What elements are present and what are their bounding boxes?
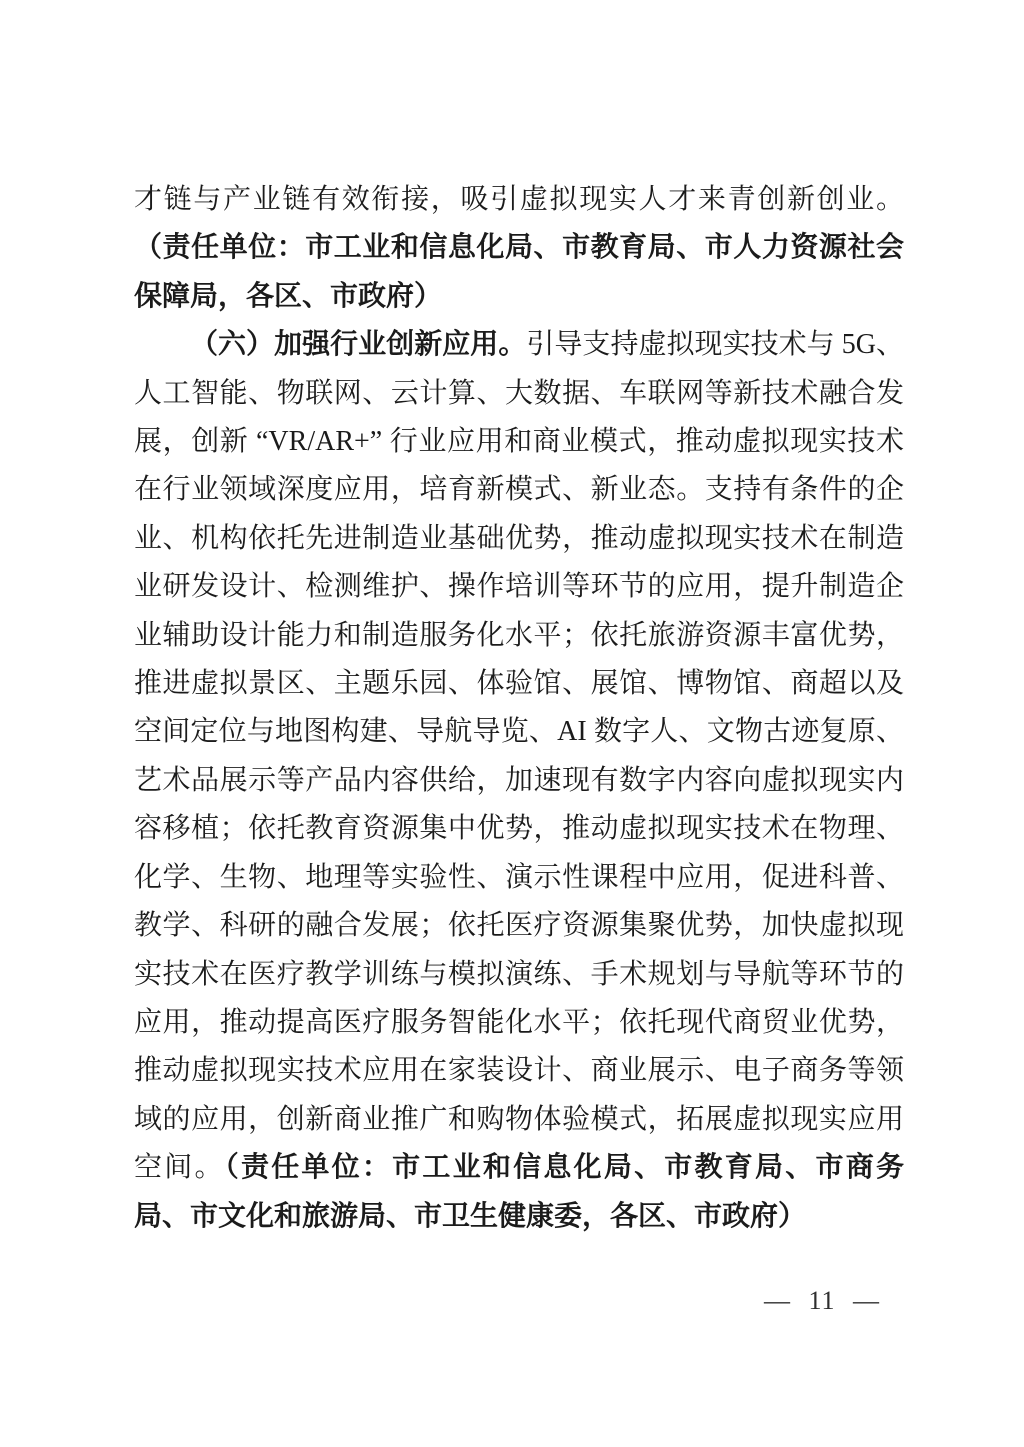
document-page: 才链与产业链有效衔接，吸引虚拟现实人才来青创新创业。（责任单位：市工业和信息化局…	[0, 0, 1024, 1447]
paragraph: （六）加强行业创新应用。引导支持虚拟现实技术与 5G、人工智能、物联网、云计算、…	[134, 321, 904, 1241]
text-segment-body: 才链与产业链有效衔接，吸引虚拟现实人才来青创新创业。	[134, 184, 904, 215]
text-segment-kai: （责任单位：市工业和信息化局、市教育局、市商务局、市文化和旅游局、市卫生健康委，…	[134, 1152, 904, 1231]
document-text: 才链与产业链有效衔接，吸引虚拟现实人才来青创新创业。（责任单位：市工业和信息化局…	[134, 176, 904, 1241]
text-segment-kai: （责任单位：市工业和信息化局、市教育局、市人力资源社会保障局，各区、市政府）	[134, 232, 904, 311]
paragraph: 才链与产业链有效衔接，吸引虚拟现实人才来青创新创业。（责任单位：市工业和信息化局…	[134, 176, 904, 321]
page-number: — 11 —	[764, 1286, 880, 1316]
text-segment-body: 引导支持虚拟现实技术与 5G、人工智能、物联网、云计算、大数据、车联网等新技术融…	[134, 329, 904, 1183]
text-segment-heading: （六）加强行业创新应用。	[190, 329, 526, 360]
